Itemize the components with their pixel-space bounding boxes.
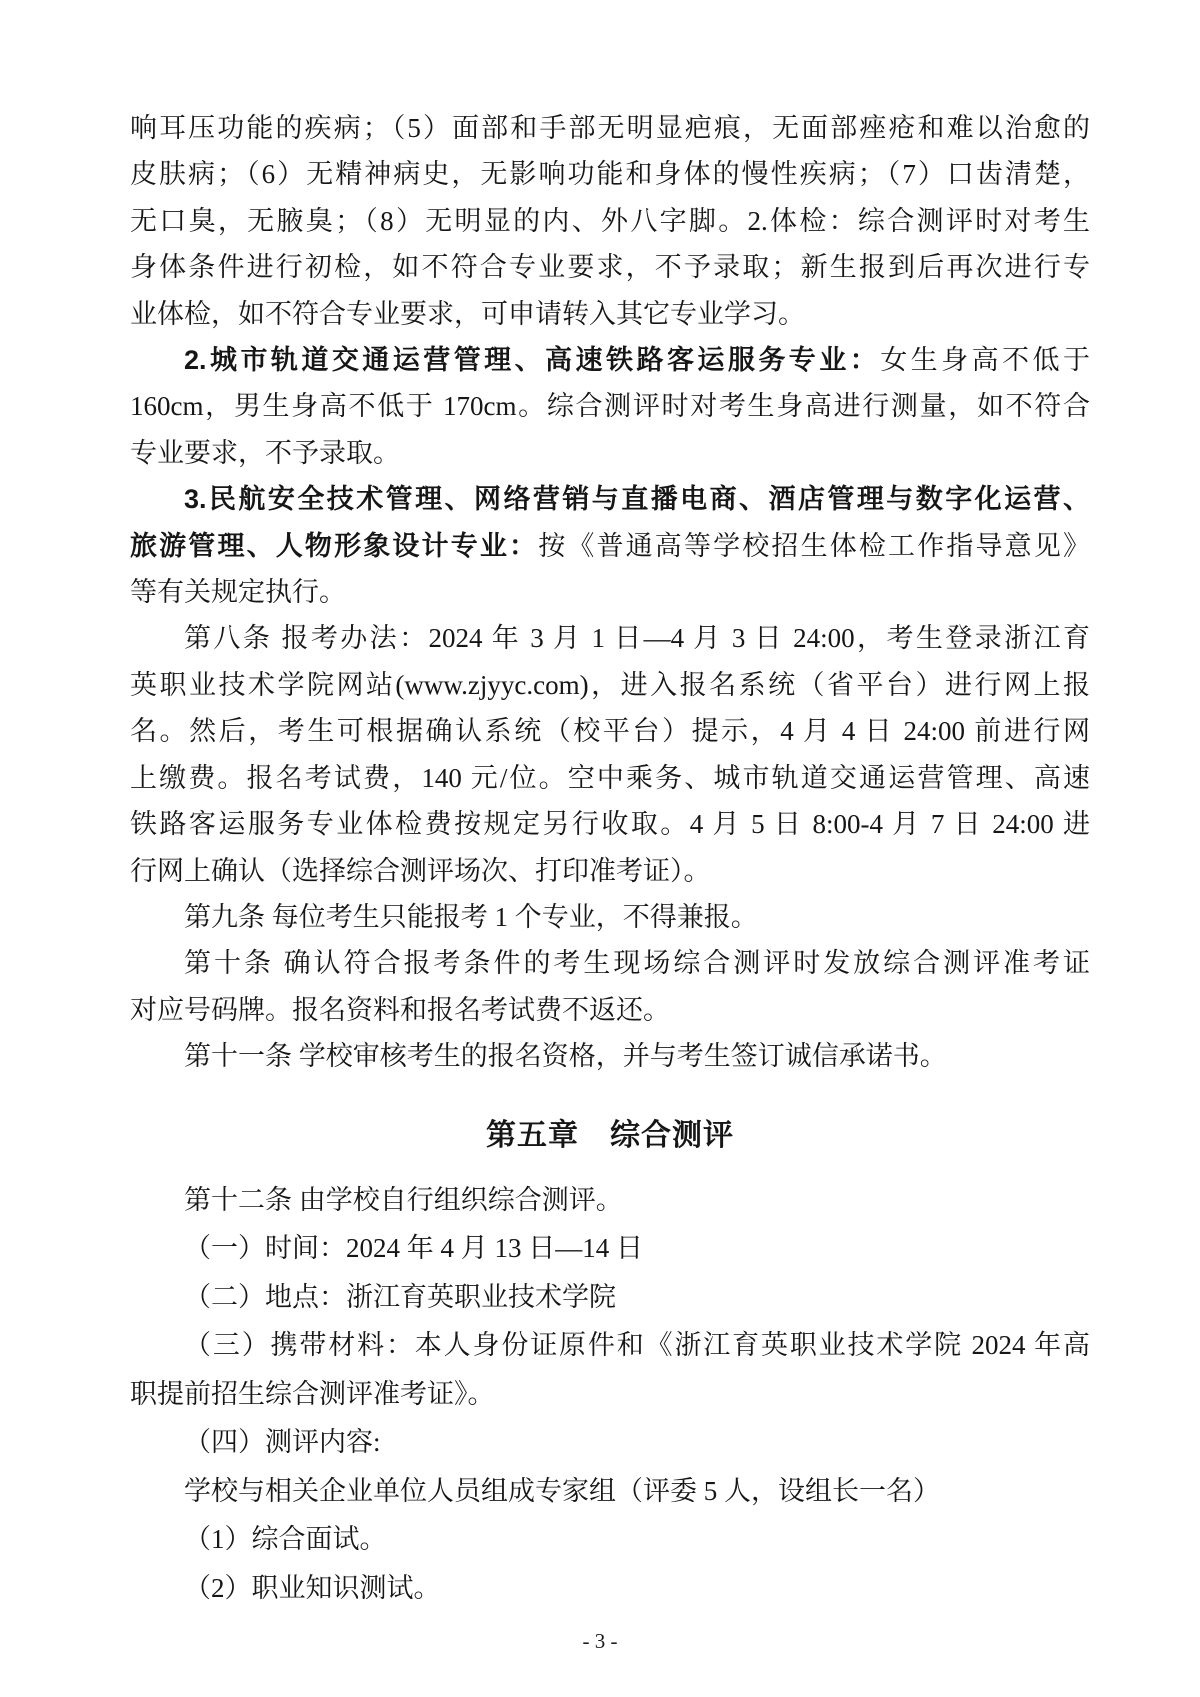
text-segment: 第十一条 学校审核考生的报名资格，并与考生签订诚信承诺书。 xyxy=(184,1041,947,1071)
text-segment: 英职业技术学院网站(www.zjyyc.com)，进入报名系统（省平台）进行网上… xyxy=(130,670,1090,700)
text-line: 旅游管理、人物形象设计专业：按《普通高等学校招生体检工作指导意见》 xyxy=(130,523,1090,569)
text-segment: 身体条件进行初检，如不符合专业要求，不予录取；新生报到后再次进行专 xyxy=(130,252,1090,282)
text-line: 3.民航安全技术管理、网络营销与直播电商、酒店管理与数字化运营、 xyxy=(130,476,1090,522)
text-segment: 按《普通高等学校招生体检工作指导意见》 xyxy=(538,531,1090,561)
bold-text-segment: 3.民航安全技术管理、网络营销与直播电商、酒店管理与数字化运营、 xyxy=(184,484,1090,514)
text-segment: 第八条 报考办法：2024 年 3 月 1 日—4 月 3 日 24:00，考生… xyxy=(184,623,1090,653)
text-line: 响耳压功能的疾病；（5）面部和手部无明显疤痕，无面部痤疮和难以治愈的 xyxy=(130,105,1090,151)
text-segment: （四）测评内容: xyxy=(184,1427,381,1457)
text-line: 第十一条 学校审核考生的报名资格，并与考生签订诚信承诺书。 xyxy=(130,1033,1090,1079)
text-line: 无口臭，无腋臭；（8）无明显的内、外八字脚。2.体检：综合测评时对考生 xyxy=(130,198,1090,244)
bold-text-segment: 2.城市轨道交通运营管理、高速铁路客运服务专业： xyxy=(184,345,880,375)
text-line: 英职业技术学院网站(www.zjyyc.com)，进入报名系统（省平台）进行网上… xyxy=(130,662,1090,708)
chapter-heading: 第五章 综合测评 xyxy=(130,1113,1090,1159)
section-chapter5: 第十二条 由学校自行组织综合测评。（一）时间：2024 年 4 月 13 日—1… xyxy=(130,1176,1090,1613)
text-segment: 女生身高不低于 xyxy=(880,345,1090,375)
text-segment: （1）综合面试。 xyxy=(184,1524,387,1554)
text-segment: 响耳压功能的疾病；（5）面部和手部无明显疤痕，无面部痤疮和难以治愈的 xyxy=(130,113,1090,143)
text-line: 第八条 报考办法：2024 年 3 月 1 日—4 月 3 日 24:00，考生… xyxy=(130,615,1090,661)
text-segment: 铁路客运服务专业体检费按规定另行收取。4 月 5 日 8:00-4 月 7 日 … xyxy=(130,809,1090,839)
page-footer: - 3 - xyxy=(0,1629,1200,1653)
text-line: （一）时间：2024 年 4 月 13 日—14 日 xyxy=(130,1224,1090,1273)
text-segment: （三）携带材料：本人身份证原件和《浙江育英职业技术学院 2024 年高 xyxy=(184,1330,1090,1360)
text-segment: 第九条 每位考生只能报考 1 个专业，不得兼报。 xyxy=(184,902,758,932)
text-segment: （二）地点：浙江育英职业技术学院 xyxy=(184,1282,616,1312)
text-line: 学校与相关企业单位人员组成专家组（评委 5 人，设组长一名） xyxy=(130,1467,1090,1516)
text-segment: 上缴费。报名考试费，140 元/位。空中乘务、城市轨道交通运营管理、高速 xyxy=(130,763,1090,793)
text-segment: 等有关规定执行。 xyxy=(130,577,346,607)
section-articles-top: 响耳压功能的疾病；（5）面部和手部无明显疤痕，无面部痤疮和难以治愈的皮肤病；（6… xyxy=(130,105,1090,1080)
text-line: （三）携带材料：本人身份证原件和《浙江育英职业技术学院 2024 年高 xyxy=(130,1321,1090,1370)
text-line: 第十条 确认符合报考条件的考生现场综合测评时发放综合测评准考证 xyxy=(130,940,1090,986)
text-line: 第九条 每位考生只能报考 1 个专业，不得兼报。 xyxy=(130,894,1090,940)
text-segment: 职提前招生综合测评准考证》。 xyxy=(130,1379,495,1409)
document-body: 响耳压功能的疾病；（5）面部和手部无明显疤痕，无面部痤疮和难以治愈的皮肤病；（6… xyxy=(130,105,1090,1612)
text-line: 专业要求，不予录取。 xyxy=(130,430,1090,476)
text-segment: 无口臭，无腋臭；（8）无明显的内、外八字脚。2.体检：综合测评时对考生 xyxy=(130,206,1090,236)
text-line: 对应号码牌。报名资料和报名考试费不返还。 xyxy=(130,987,1090,1033)
text-line: 等有关规定执行。 xyxy=(130,569,1090,615)
text-line: 名。然后，考生可根据确认系统（校平台）提示，4 月 4 日 24:00 前进行网 xyxy=(130,708,1090,754)
text-segment: 第十条 确认符合报考条件的考生现场综合测评时发放综合测评准考证 xyxy=(184,948,1090,978)
text-segment: 160cm，男生身高不低于 170cm。综合测评时对考生身高进行测量，如不符合 xyxy=(130,391,1090,421)
text-segment: 皮肤病；（6）无精神病史，无影响功能和身体的慢性疾病；（7）口齿清楚， xyxy=(130,159,1090,189)
bold-text-segment: 旅游管理、人物形象设计专业： xyxy=(130,531,538,561)
text-line: （2）职业知识测试。 xyxy=(130,1564,1090,1613)
text-line: 皮肤病；（6）无精神病史，无影响功能和身体的慢性疾病；（7）口齿清楚， xyxy=(130,151,1090,197)
page-number: - 3 - xyxy=(583,1629,618,1653)
document-page: 响耳压功能的疾病；（5）面部和手部无明显疤痕，无面部痤疮和难以治愈的皮肤病；（6… xyxy=(0,0,1200,1697)
text-line: 上缴费。报名考试费，140 元/位。空中乘务、城市轨道交通运营管理、高速 xyxy=(130,755,1090,801)
text-segment: 学校与相关企业单位人员组成专家组（评委 5 人，设组长一名） xyxy=(184,1476,940,1506)
text-segment: （2）职业知识测试。 xyxy=(184,1573,441,1603)
text-line: 第十二条 由学校自行组织综合测评。 xyxy=(130,1176,1090,1225)
text-segment: （一）时间：2024 年 4 月 13 日—14 日 xyxy=(184,1233,643,1263)
text-line: （四）测评内容: xyxy=(130,1418,1090,1467)
text-segment: 行网上确认（选择综合测评场次、打印准考证）。 xyxy=(130,856,711,886)
text-segment: 名。然后，考生可根据确认系统（校平台）提示，4 月 4 日 24:00 前进行网 xyxy=(130,716,1090,746)
text-segment: 第十二条 由学校自行组织综合测评。 xyxy=(184,1185,623,1215)
text-line: （1）综合面试。 xyxy=(130,1515,1090,1564)
text-line: 160cm，男生身高不低于 170cm。综合测评时对考生身高进行测量，如不符合 xyxy=(130,383,1090,429)
text-segment: 对应号码牌。报名资料和报名考试费不返还。 xyxy=(130,995,670,1025)
text-line: 铁路客运服务专业体检费按规定另行收取。4 月 5 日 8:00-4 月 7 日 … xyxy=(130,801,1090,847)
text-segment: 业体检，如不符合专业要求，可申请转入其它专业学习。 xyxy=(130,299,805,329)
text-line: 职提前招生综合测评准考证》。 xyxy=(130,1370,1090,1419)
text-segment: 专业要求，不予录取。 xyxy=(130,438,400,468)
text-line: 行网上确认（选择综合测评场次、打印准考证）。 xyxy=(130,848,1090,894)
text-line: 2.城市轨道交通运营管理、高速铁路客运服务专业：女生身高不低于 xyxy=(130,337,1090,383)
text-line: 身体条件进行初检，如不符合专业要求，不予录取；新生报到后再次进行专 xyxy=(130,244,1090,290)
text-line: 业体检，如不符合专业要求，可申请转入其它专业学习。 xyxy=(130,291,1090,337)
text-line: （二）地点：浙江育英职业技术学院 xyxy=(130,1273,1090,1322)
